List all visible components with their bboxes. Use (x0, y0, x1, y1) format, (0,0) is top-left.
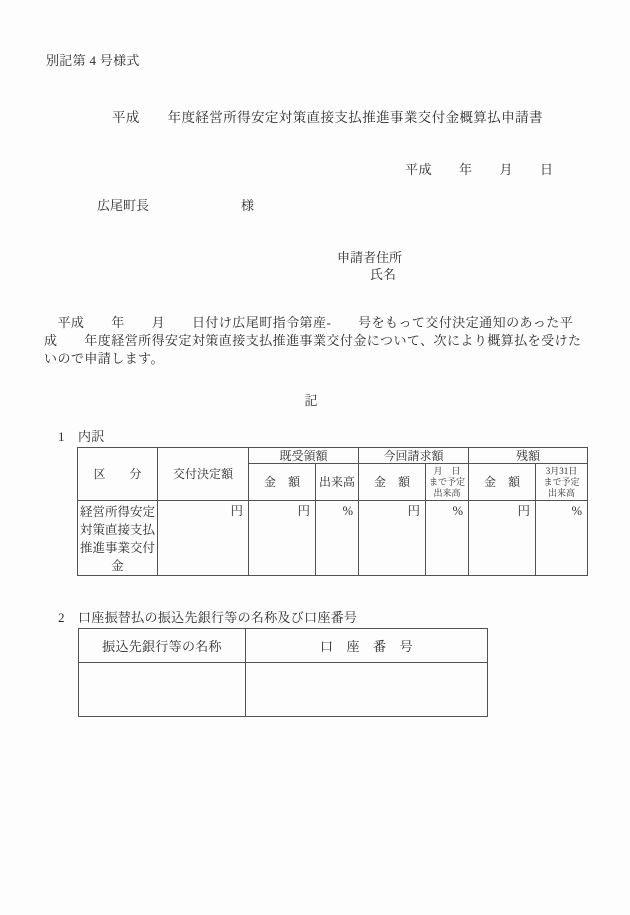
account-number-cell (246, 663, 488, 717)
addressee-name: 広尾町長 (97, 198, 149, 213)
section1-heading: 1内訳 (58, 426, 105, 445)
section1-number: 1 (58, 429, 78, 445)
applicant-name-label: 氏名 (370, 264, 396, 283)
received-progress-cell: % (316, 501, 359, 576)
header-progress: 出来高 (316, 464, 359, 501)
header-progress-by-mar31: 3月31日 まで予定 出来高 (536, 464, 588, 501)
section2-number: 2 (58, 610, 78, 626)
balance-progress-cell: % (536, 501, 588, 576)
section2-heading: 2口座振替払の振込先銀行等の名称及び口座番号 (58, 607, 357, 626)
row-category: 経営所得安定 対策直接支払 推進事業交付 金 (78, 501, 158, 576)
decided-amount-cell: 円 (158, 501, 249, 576)
date-line: 平成 年 月 日 (405, 159, 554, 178)
section1-title: 内訳 (78, 429, 105, 444)
requested-amount-cell: 円 (359, 501, 426, 576)
header-progress-by-date: 月 日 まで予定 出来高 (426, 464, 469, 501)
breakdown-table: 区 分 交付決定額 既受領額 今回請求額 残額 金 額 出来高 金 額 月 日 … (77, 447, 588, 576)
section2-title: 口座振替払の振込先銀行等の名称及び口座番号 (78, 610, 357, 625)
balance-amount-cell: 円 (469, 501, 536, 576)
header-category: 区 分 (78, 448, 158, 501)
table-row: 経営所得安定 対策直接支払 推進事業交付 金 円 円 % 円 % 円 % (78, 501, 588, 576)
addressee-honorific: 様 (241, 198, 254, 213)
document-page: 別記第 4 号様式 平成 年度経営所得安定対策直接支払推進事業交付金概算払申請書… (0, 0, 630, 915)
header-amount-requested: 金 額 (359, 464, 426, 501)
document-title: 平成 年度経営所得安定対策直接支払推進事業交付金概算払申請書 (112, 106, 543, 126)
header-received: 既受領額 (249, 448, 359, 464)
form-number: 別記第 4 号様式 (46, 50, 140, 69)
received-amount-cell: 円 (249, 501, 316, 576)
bank-name-cell (79, 663, 246, 717)
header-amount-received: 金 額 (249, 464, 316, 501)
table-row (79, 663, 488, 717)
header-amount-balance: 金 額 (469, 464, 536, 501)
bank-account-table: 振込先銀行等の名称 口 座 番 号 (78, 628, 488, 717)
header-bank-name: 振込先銀行等の名称 (79, 629, 246, 663)
header-balance: 残額 (469, 448, 588, 464)
addressee-line: 広尾町長様 (97, 195, 254, 214)
header-requested: 今回請求額 (359, 448, 469, 464)
header-account-number: 口 座 番 号 (246, 629, 488, 663)
header-decided-amount: 交付決定額 (158, 448, 249, 501)
ki-heading: 記 (0, 390, 622, 409)
requested-progress-cell: % (426, 501, 469, 576)
body-paragraph: 平成 年 月 日付け広尾町指令第産- 号をもって交付決定通知のあった平 成 年度… (44, 314, 592, 368)
